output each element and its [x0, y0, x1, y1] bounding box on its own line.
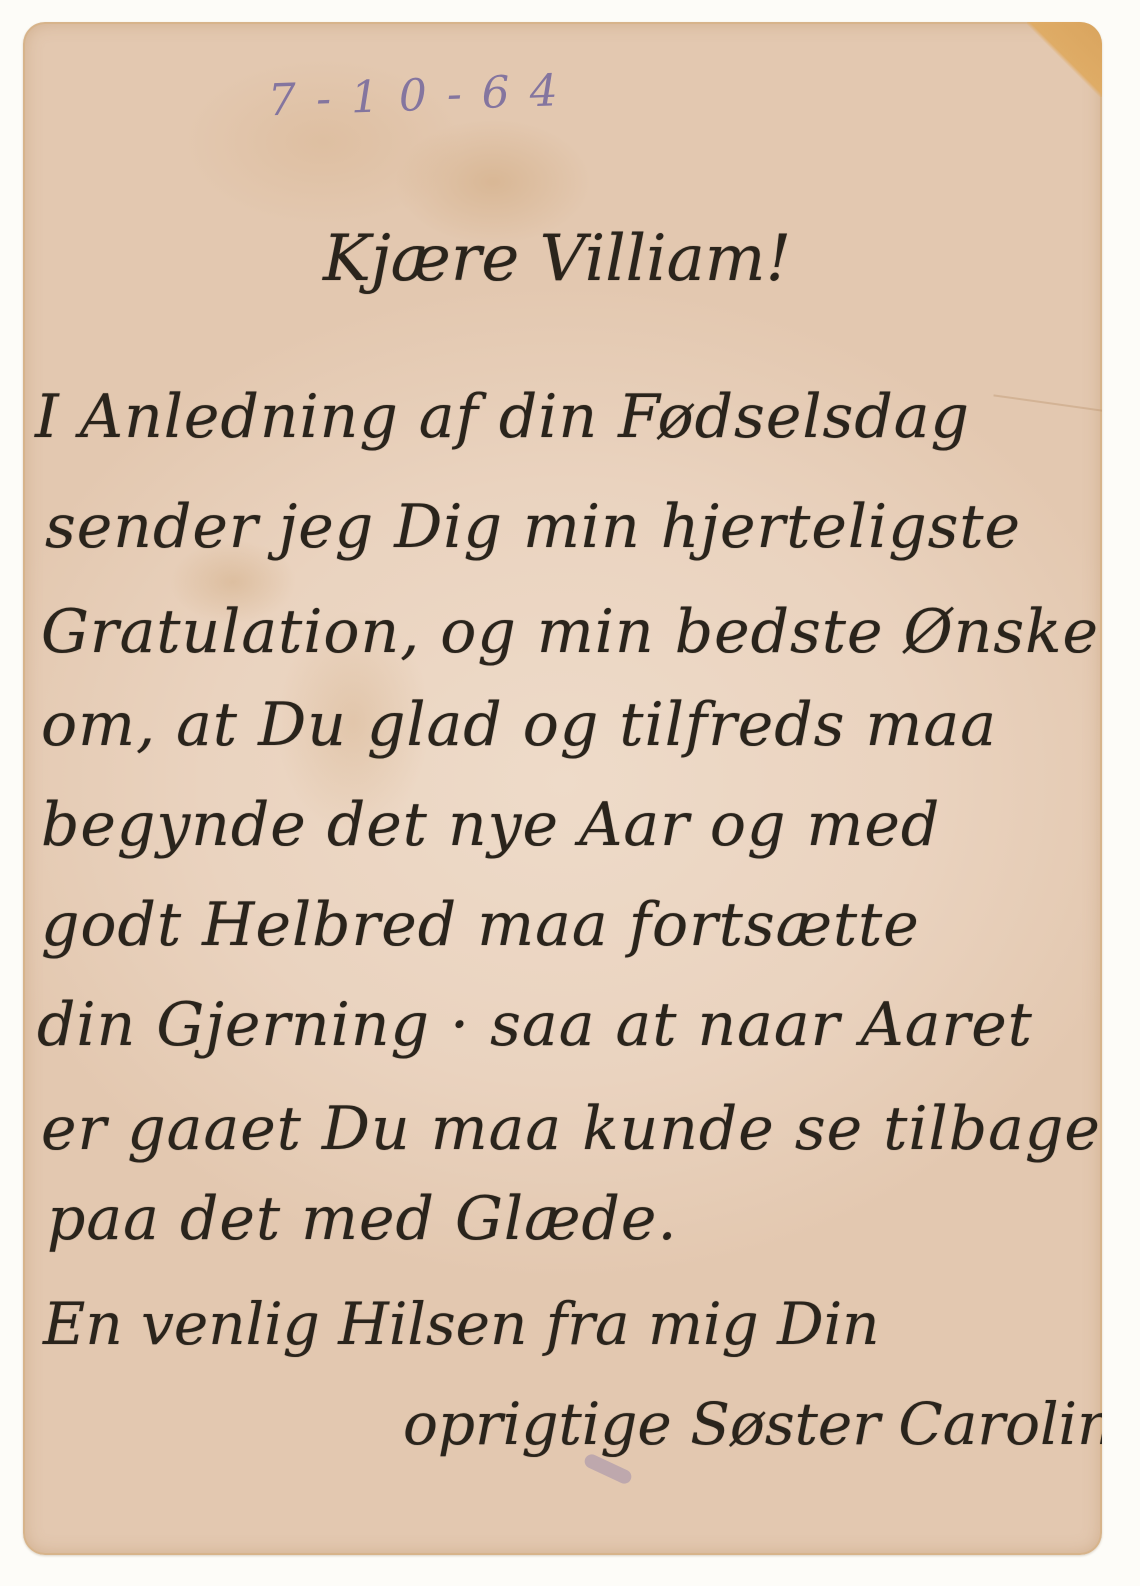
body-line: I Anledning af din Fødselsdag — [35, 382, 970, 452]
body-line: begynde det nye Aar og med — [41, 790, 940, 860]
body-line: om, at Du glad og tilfreds maa — [41, 690, 997, 760]
body-line: er gaaet Du maa kunde se tilbage — [41, 1094, 1101, 1164]
salutation: Kjære Villiam! — [323, 222, 791, 296]
paper-crease — [993, 394, 1102, 411]
letter-card: 7-10-64 Kjære Villiam! I Anledning af di… — [23, 22, 1102, 1555]
letter-date: 7-10-64 — [267, 65, 578, 127]
body-line: sender jeg Dig min hjerteligste — [45, 492, 1021, 562]
corner-stain — [1027, 22, 1102, 97]
body-line: Gratulation, og min bedste Ønsker — [41, 597, 1102, 667]
body-line: din Gjerning · saa at naar Aaret — [37, 990, 1033, 1060]
body-line: paa det med Glæde. — [47, 1184, 678, 1254]
body-line: godt Helbred maa fortsætte — [41, 890, 920, 960]
signature: oprigtige Søster Caroline — [403, 1390, 1102, 1458]
closing-line: En venlig Hilsen fra mig Din — [43, 1290, 880, 1358]
